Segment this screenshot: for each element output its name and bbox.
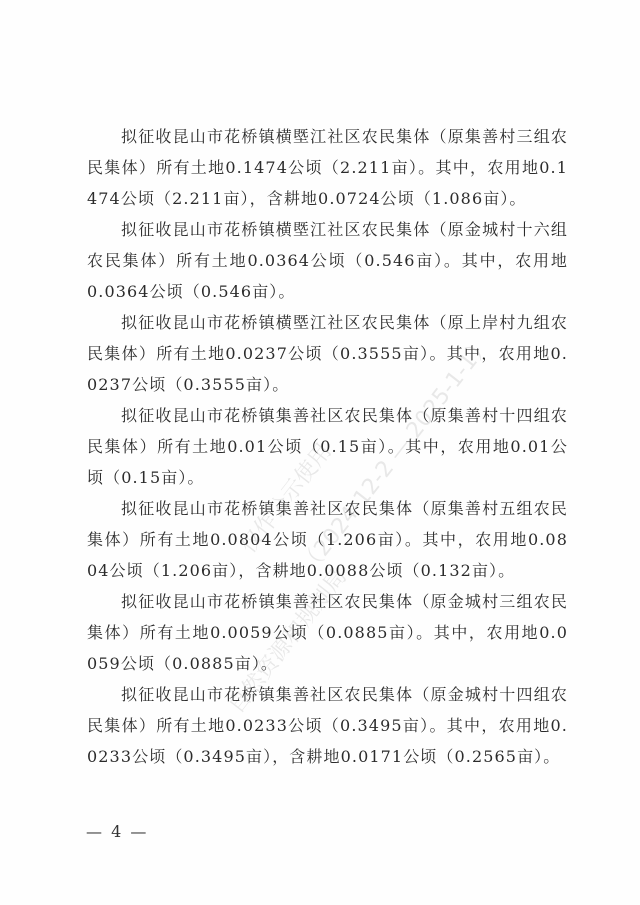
land-acquisition-paragraph: 拟征收昆山市花桥镇集善社区农民集体（原集善村十四组农民集体）所有土地0.01公顷… — [87, 400, 568, 493]
page-number: — 4 — — [86, 820, 148, 844]
land-acquisition-paragraph: 拟征收昆山市花桥镇集善社区农民集体（原集善村五组农民集体）所有土地0.0804公… — [87, 493, 568, 586]
document-body: 拟征收昆山市花桥镇横塈江社区农民集体（原集善村三组农民集体）所有土地0.1474… — [87, 121, 568, 772]
land-acquisition-paragraph: 拟征收昆山市花桥镇集善社区农民集体（原金城村三组农民集体）所有土地0.0059公… — [87, 586, 568, 679]
land-acquisition-paragraph: 拟征收昆山市花桥镇横塈江社区农民集体（原上岸村九组农民集体）所有土地0.0237… — [87, 307, 568, 400]
land-acquisition-paragraph: 拟征收昆山市花桥镇横塈江社区农民集体（原集善村三组农民集体）所有土地0.1474… — [87, 121, 568, 214]
land-acquisition-paragraph: 拟征收昆山市花桥镇集善社区农民集体（原金城村十四组农民集体）所有土地0.0233… — [87, 679, 568, 772]
document-page: 拟征收昆山市花桥镇横塈江社区农民集体（原集善村三组农民集体）所有土地0.1474… — [0, 0, 640, 905]
land-acquisition-paragraph: 拟征收昆山市花桥镇横塈江社区农民集体（原金城村十六组农民集体）所有土地0.036… — [87, 214, 568, 307]
